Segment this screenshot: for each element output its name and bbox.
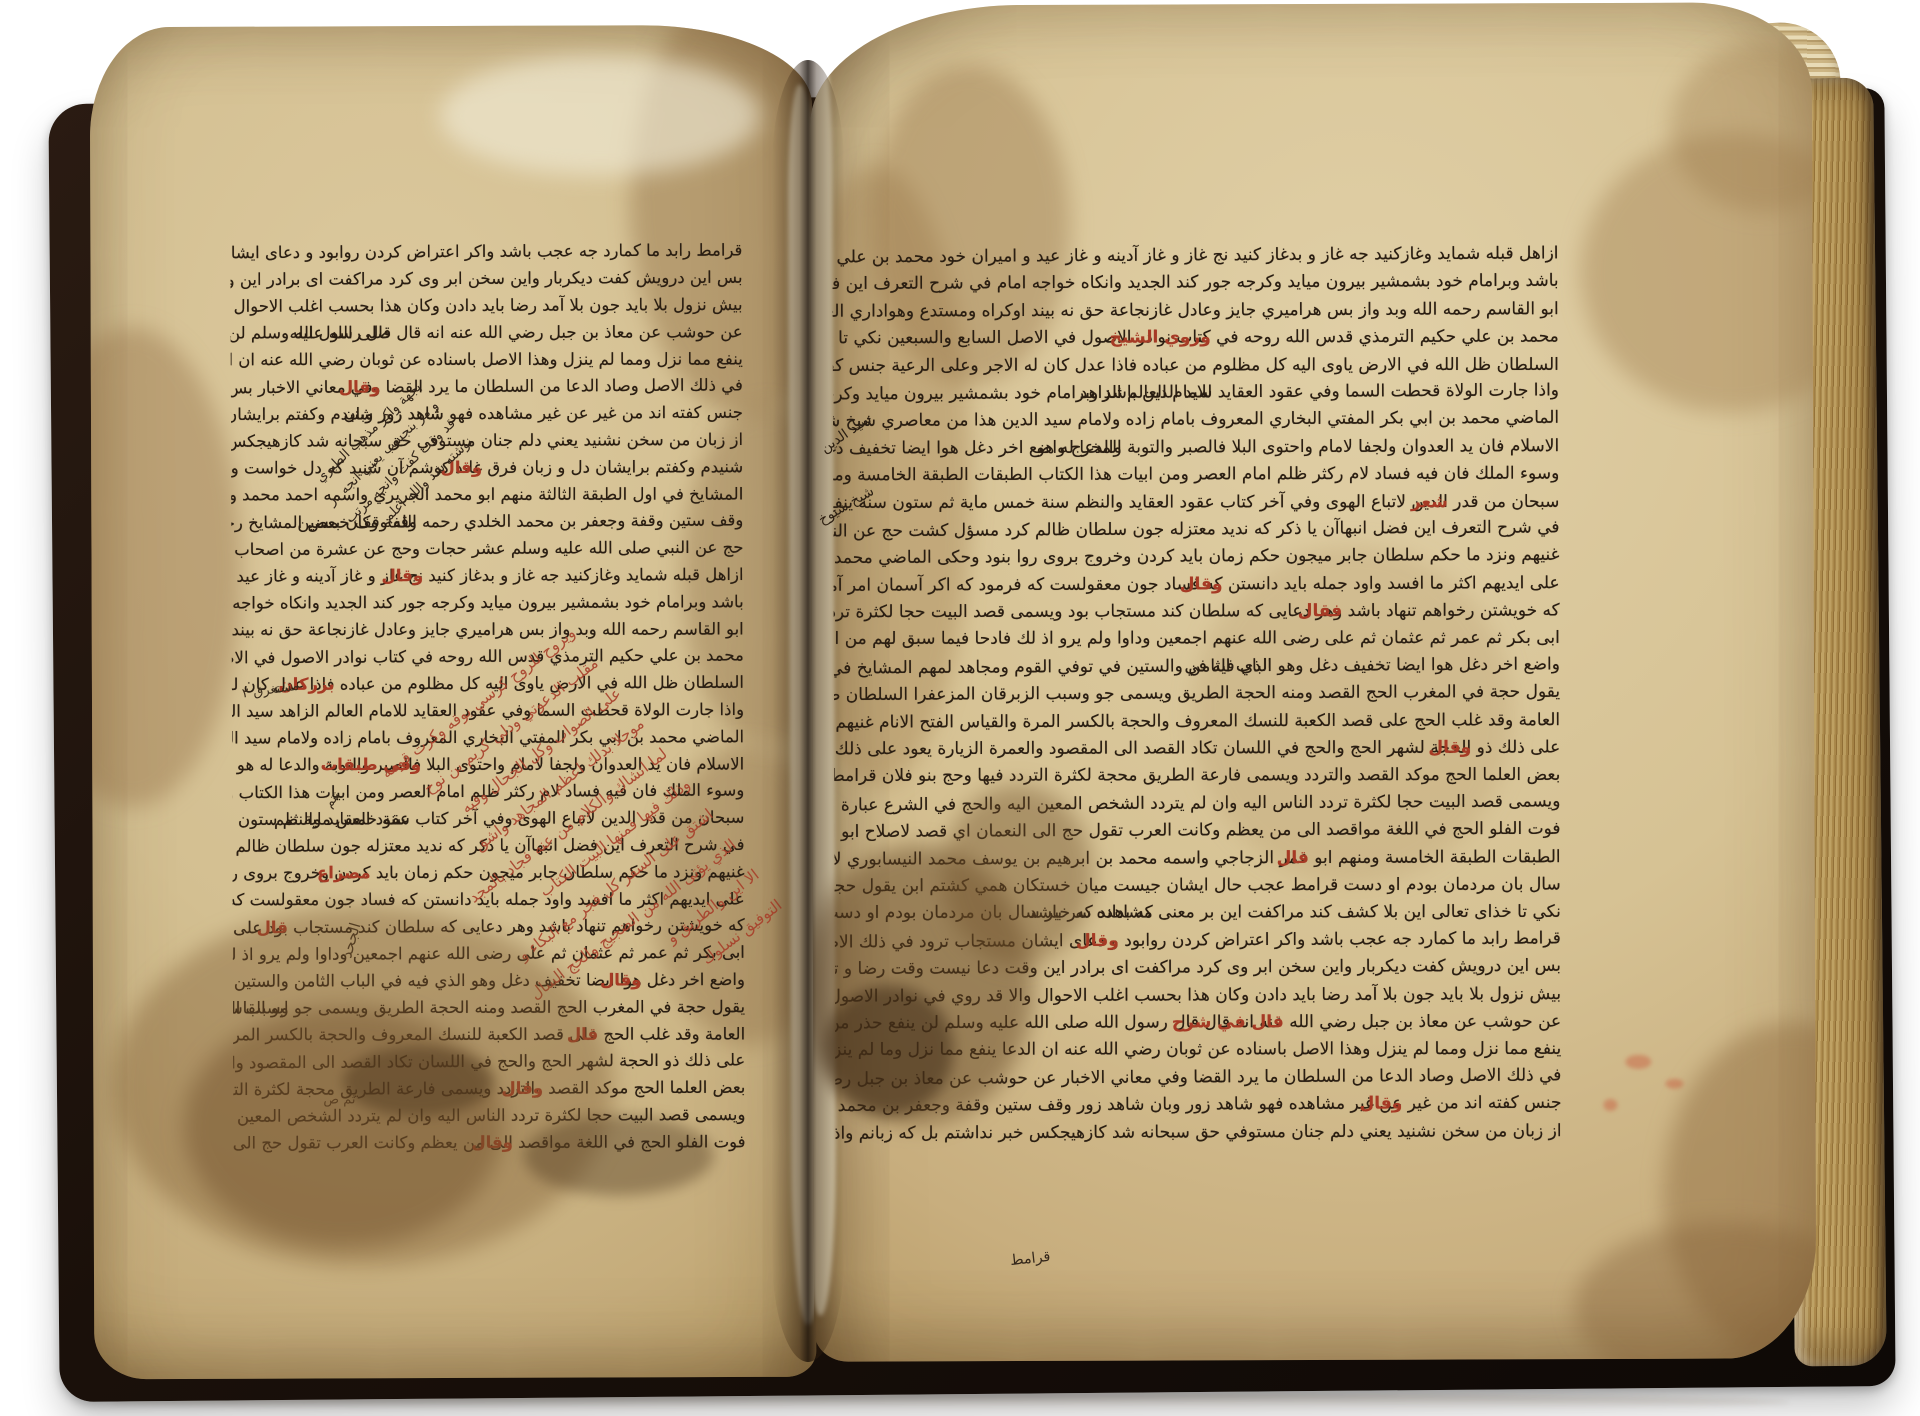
manuscript-line: نكي تا خذاى تعالى اين بلا كشف كند مراكفت…	[835, 899, 1561, 927]
red-ink-smudge	[1625, 1055, 1651, 1069]
manuscript-line: في ذلك الاصل وصاد الدعا من السلطان ما ير…	[835, 1062, 1561, 1093]
red-underlined-phrase: قال رسول الله	[289, 319, 391, 346]
rubric-word: قال	[1277, 845, 1309, 873]
rubric-word: وقال	[1180, 571, 1223, 599]
manuscript-line: محمد بن علي حكيم الترمذي قدس الله روحه ف…	[833, 324, 1559, 353]
manuscript-line: بيش نزول بلا بايد جون بلا آمد رضا بايد د…	[835, 981, 1561, 1011]
manuscript-line: بس اين درويش كفت ديكربار واين سخن ابر وى…	[835, 953, 1561, 984]
margin-note: ثم ص	[323, 1092, 355, 1107]
manuscript-line: الطبقات الطبقة الخامسة ومنهم ابو قال عمر…	[835, 844, 1561, 874]
rubric-word: وقال	[1428, 735, 1471, 763]
gutter-shadow	[772, 60, 844, 1362]
red-ink-smudge	[1603, 1099, 1617, 1111]
rubric-word: شعر	[1411, 489, 1448, 516]
manuscript-line: بس اين درويش كفت ديكربار واين سخن ابر وى…	[230, 264, 742, 293]
red-underlined-phrase: للامام العالم الزاهد	[1080, 379, 1213, 409]
manuscript-line: العامة وقد غلب الحج على قصد الكعبة للنسك…	[834, 707, 1560, 737]
red-ink-smudge	[1665, 1079, 1683, 1089]
manuscript-line: في ذلك الاصل وصاد الدعا من السلطان ما ير…	[231, 371, 743, 401]
manuscript-line: في شرح التعرف اين فضل انبهاآن يا ذكر كه …	[833, 514, 1559, 545]
manuscript-line: جنس كفته اند من غير وقال عن غير مشاهده ف…	[835, 1090, 1561, 1121]
manuscript-photo: قرامط رابد ما كمارد جه عجب باشد واكر اعت…	[0, 0, 1920, 1416]
manuscript-line: ابى بكر ثم عمر ثم عثمان ثم على رضى الله …	[834, 625, 1560, 653]
manuscript-line: بيش نزول بلا بايد جون بلا آمد رضا بايد د…	[231, 291, 743, 320]
red-underlined-phrase: والدعا له هو	[1036, 434, 1121, 462]
catchword: قرامط	[1009, 1249, 1051, 1269]
red-underlined-phrase: الذي فيه في	[1184, 653, 1272, 683]
manuscript-line: وسوء الملك فان فيه فساد لام ركثر ظلم اما…	[833, 461, 1559, 490]
manuscript-line: ينفع مما نزل ومما لم ينزل وهذا الاصل باس…	[231, 346, 743, 374]
left-page: قرامط رابد ما كمارد جه عجب باشد واكر اعت…	[90, 25, 817, 1380]
manuscript-line: واضع اخر دغل هوا ايضا تخفيف دغل وهو الذي…	[834, 651, 1560, 682]
manuscript-line: كه خويشتن رخواهم تنهاد باشد فقال وهر دعا…	[834, 598, 1560, 627]
manuscript-line: ازاهل قبله شمايد وغازكنيد جه غاز و بدغاز…	[832, 240, 1558, 271]
rubric-word: وروي الشيخ	[1110, 325, 1211, 353]
right-page-text: ازاهل قبله شمايد وغازكنيد جه غاز و بدغاز…	[832, 241, 1561, 1147]
manuscript-line: جنس كفته اند من غير عن غير مشاهده فهو شا…	[231, 399, 743, 428]
right-page: ازاهل قبله شمايد وغازكنيد جه غاز و بدغاز…	[810, 2, 1817, 1361]
manuscript-line: السلطان ظل الله في الارض ياوى اليه كل مظ…	[833, 351, 1559, 379]
manuscript-line: الماضي محمد بن ابي بكر المفتي البخاري ال…	[833, 405, 1559, 436]
rubric-word: وقال	[339, 373, 381, 400]
manuscript-line: يقول حجة في المغرب الحج القصد ومنه الحجة…	[834, 679, 1560, 710]
manuscript-line: سبحان من قدر شعر الدين لاتباع الهوى وفي …	[833, 488, 1559, 516]
manuscript-line: ويسمى قصد البيت حجا لكثرة تردد الناس الي…	[834, 788, 1560, 819]
manuscript-line: غنيهم ونزد ما حكم سلطان جابر ميجون حكم ز…	[834, 542, 1560, 573]
manuscript-line: قرامط رابد ما كمارد جه عجب باشد واكر اعت…	[230, 236, 742, 266]
rubric-word: وقال	[1359, 1091, 1402, 1119]
manuscript-line: على ذلك ذو وقال الحجة لشهر الحج والحج في…	[834, 735, 1560, 764]
stain	[1663, 1022, 1816, 1362]
manuscript-line: فوت الفلو الحج في اللغة مواقصد الى من يع…	[834, 816, 1560, 847]
manuscript-line: عن حوشب عن معاذ بن جبل رضي الله قال في ش…	[835, 1008, 1561, 1037]
manuscript-line: بعض العلما الحج موكد القصد والتردد ويسمى…	[834, 762, 1560, 790]
stain	[1580, 132, 1816, 413]
repair-patch	[440, 55, 760, 176]
manuscript-line: عن حوشب عن معاذ بن جبل رضي الله عنه انه …	[231, 318, 743, 346]
rubric-word: وقال	[1076, 928, 1119, 956]
manuscript-line: از زبان من سخن نشنيد يعني دلم جنان مستوف…	[836, 1118, 1562, 1148]
manuscript-line: واذا جارت الولاة قحطت السما وفي عقود الع…	[833, 377, 1559, 408]
manuscript-line: قرامط رابد ما كمارد جه عجب باشد واكر اعت…	[835, 925, 1561, 956]
manuscript-line: باشد وبرامام خود بشمشير بيرون ميايد وكرج…	[833, 268, 1559, 299]
rubric-word: قال في شرح	[1172, 1009, 1284, 1037]
manuscript-line: على ايديهم اكثر ما افسد واود جمله بايد د…	[834, 570, 1560, 600]
manuscript-line: الاسلام فان يد العدوان ولجفا لامام واحتو…	[833, 433, 1559, 463]
manuscript-line: ينفع مما نزل ومما لم ينزل وهذا الاصل باس…	[835, 1036, 1561, 1064]
red-underlined-phrase: مشاهده سر باشد	[1029, 900, 1153, 928]
manuscript-line: از زبان من سخن نشنيد يعني دلم جنان مستوف…	[231, 426, 743, 455]
manuscript-line: سال بان مردمان بودم او دست قرامط عجب حال…	[835, 872, 1561, 901]
manuscript-line: ابو القاسم رحمه الله وبد واز بس هراميري …	[833, 296, 1559, 326]
rubric-word: فقال	[1298, 598, 1343, 626]
stain	[1670, 42, 1817, 213]
